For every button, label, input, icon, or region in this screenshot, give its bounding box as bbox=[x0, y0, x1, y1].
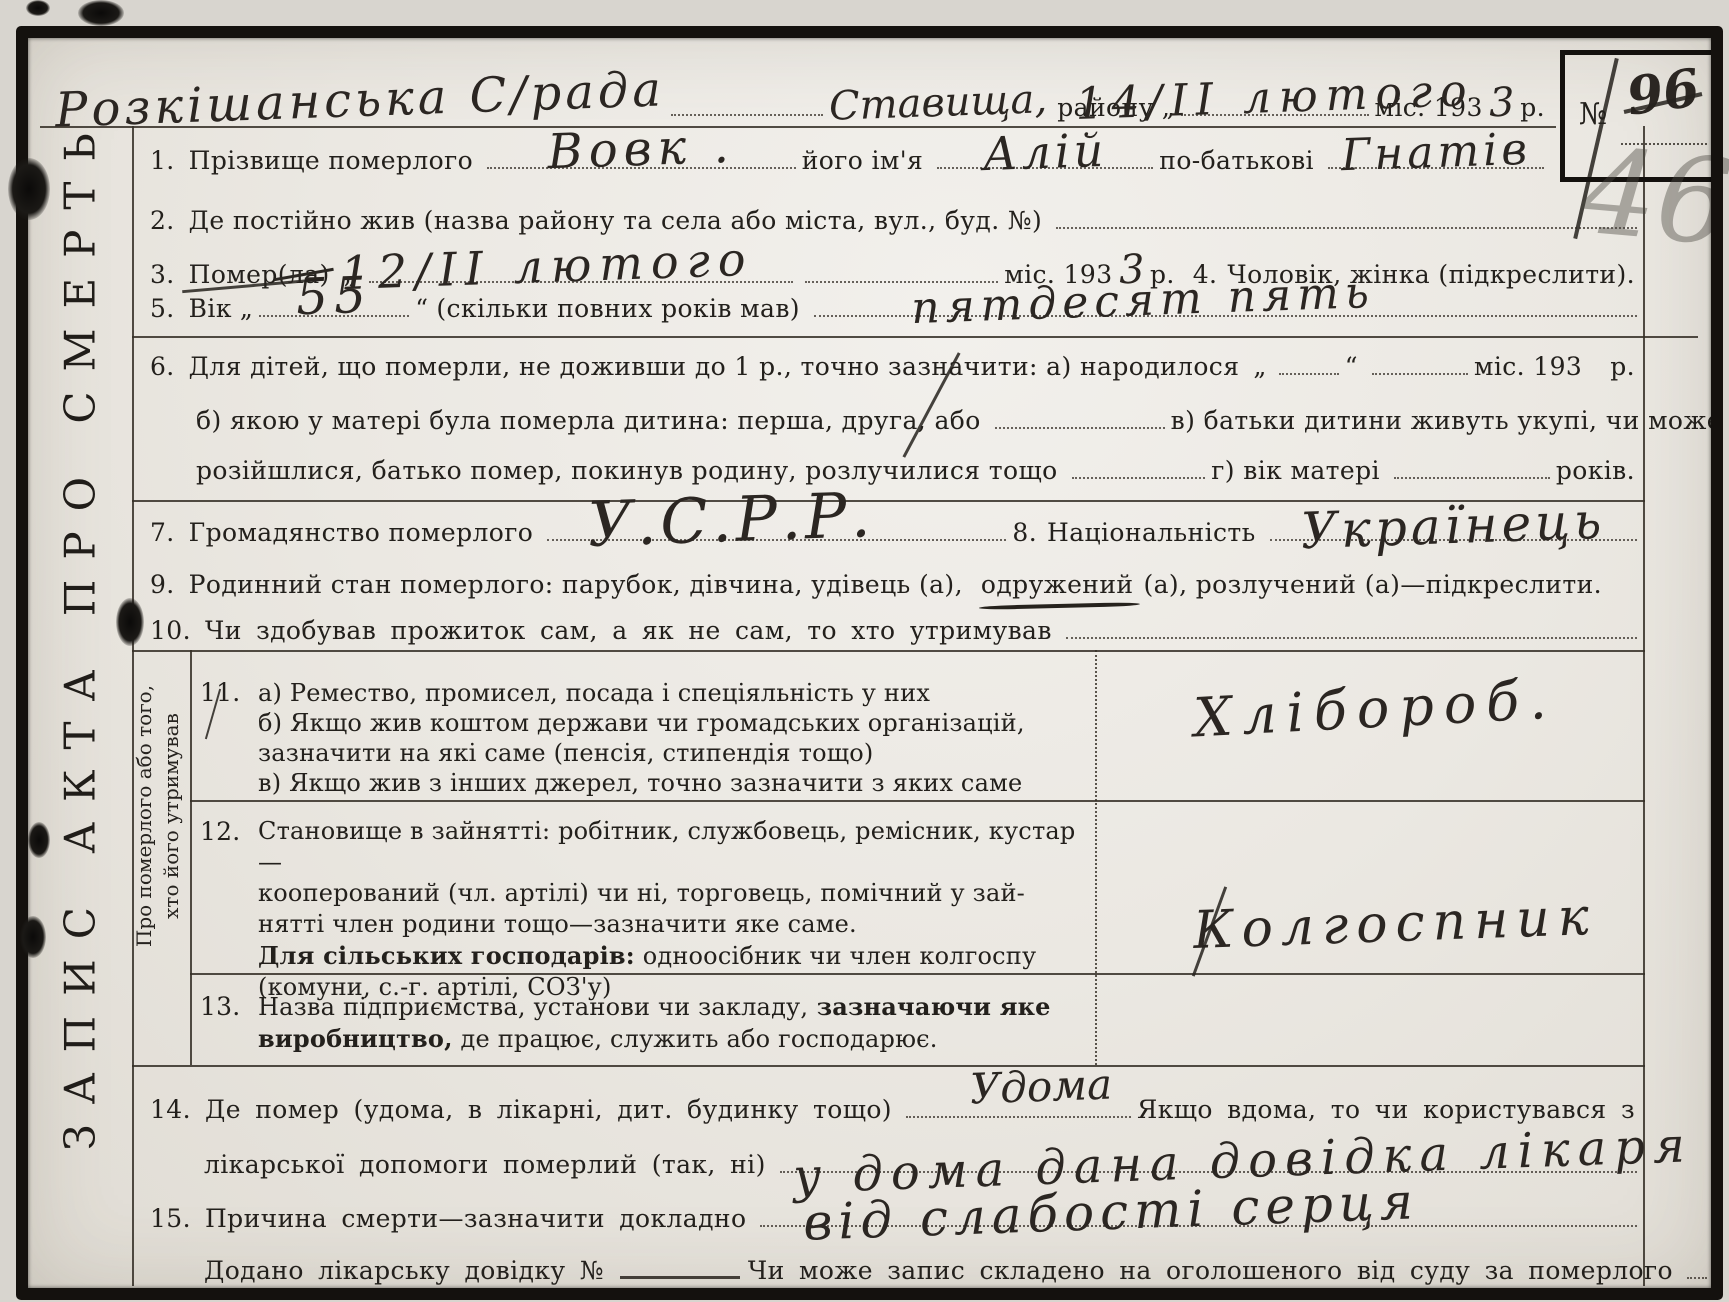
farmers-rest-label: одноосібник чи член колгоспу bbox=[635, 942, 1036, 970]
field-number: 11. bbox=[200, 678, 240, 708]
field-12-line1: Становище в зайнятті: робітник, службове… bbox=[258, 816, 1098, 878]
dotted-fill-line bbox=[1687, 1275, 1707, 1279]
field-number: 6. bbox=[150, 352, 175, 381]
parents-together-label: в) батьки дитини живуть укупі, чи може bbox=[1171, 406, 1722, 435]
field-11-line2: б) Якщо жив коштом держави чи громадськи… bbox=[258, 708, 1098, 738]
close-quote: “ bbox=[415, 294, 428, 323]
dotted-fill-line: 12/II лютого bbox=[369, 279, 793, 283]
dotted-fill-line: від слабості серця bbox=[760, 1223, 1637, 1227]
field-11-line4: в) Якщо жив з інших джерел, точно зазнач… bbox=[258, 768, 1098, 798]
field-1-row: 1. Прізвище померлого Вовк . його ім'я А… bbox=[150, 146, 1550, 175]
right-margin-line bbox=[1643, 126, 1645, 1286]
production-bold-label: виробництво, bbox=[258, 1024, 453, 1053]
birth-order-label: б) якою у матері була померла дитина: пе… bbox=[196, 406, 981, 435]
cause-of-death-label: Причина смерти—зазначити докладно bbox=[205, 1204, 746, 1233]
settlement-handwritten: Ставища, bbox=[829, 79, 1048, 127]
dotted-fill-line: Алій bbox=[937, 165, 1153, 169]
patronymic-label: по-батькові bbox=[1159, 146, 1314, 175]
field-number: 7. bbox=[150, 518, 175, 547]
table-row-divider bbox=[190, 800, 1645, 802]
field-7-8-row: 7. Громадянство померлого У.С.Р.Р. 8. На… bbox=[150, 518, 1643, 547]
dotted-fill-line: 55 bbox=[259, 313, 409, 317]
production-rest-label: де працює, служить або господарює. bbox=[453, 1025, 938, 1053]
ink-blot bbox=[78, 0, 124, 26]
dotted-fill-line bbox=[1372, 371, 1468, 375]
place-of-death-handwritten: Удома bbox=[969, 1064, 1113, 1111]
header-row: Розкішанська С/рада Ставища, району „ 14… bbox=[55, 76, 1553, 124]
field-number: 14. bbox=[150, 1095, 191, 1124]
rule-line bbox=[132, 336, 1698, 338]
if-at-home-label: Якщо вдома, то чи користувався з bbox=[1137, 1095, 1635, 1124]
age-label: Вік bbox=[189, 294, 232, 323]
year-suffix-label: р. bbox=[1610, 352, 1635, 381]
medical-certificate-label: Додано лікарську довідку № bbox=[204, 1256, 604, 1285]
year-digit-handwritten: 3 bbox=[1488, 83, 1515, 124]
month-label: міс. 193 bbox=[1474, 352, 1582, 381]
field-number: 13. bbox=[200, 991, 240, 1023]
given-name-label: його ім'я bbox=[802, 146, 924, 175]
field-number: 3. bbox=[150, 260, 175, 289]
field-14-line2: лікарської допомоги померлий (так, ні) у… bbox=[204, 1150, 1643, 1179]
field-11-line1: а) Ремество, промисел, посада і спеціяль… bbox=[258, 678, 1098, 708]
open-quote: „ bbox=[240, 294, 253, 323]
field-12-line3: нятті член родини тощо—зазначити яке сам… bbox=[258, 909, 1098, 940]
citizenship-label: Громадянство померлого bbox=[189, 518, 534, 547]
table-left-line bbox=[190, 650, 192, 1065]
field-14-line1: 14. Де помер (удома, в лікарні, дит. буд… bbox=[150, 1095, 1643, 1124]
given-name-handwritten: Алій bbox=[982, 127, 1108, 177]
field-number: 2. bbox=[150, 206, 175, 235]
dash-fill-line bbox=[620, 1274, 740, 1279]
dotted-fill-line: Українець bbox=[1270, 537, 1637, 541]
dotted-fill-line bbox=[1394, 475, 1550, 479]
age-words-handwritten: пятдесят пять bbox=[911, 271, 1376, 331]
dotted-fill-line bbox=[671, 112, 823, 116]
dotted-fill-line: Удома bbox=[906, 1114, 1131, 1118]
field-13-question: 13. Назва підприємства, установи чи закл… bbox=[258, 991, 1098, 1055]
field-16-row: Додано лікарську довідку № Чи може запис… bbox=[204, 1256, 1643, 1285]
death-date-handwritten: 12/II лютого bbox=[340, 236, 754, 296]
nationality-handwritten: Українець bbox=[1300, 496, 1606, 557]
field-13-line2: виробництво, де працює, служить або госп… bbox=[258, 1023, 1098, 1055]
table-bottom-line bbox=[132, 1065, 1645, 1067]
mother-age-label: г) вік матері bbox=[1211, 456, 1380, 485]
farmers-lead-label: Для сільських господарів: bbox=[258, 941, 635, 970]
enterprise-bold-label: зазначаючи яке bbox=[808, 992, 1050, 1021]
dotted-fill-line bbox=[995, 425, 1165, 429]
field-number: 12. bbox=[200, 816, 240, 847]
side-title: ЗАПИС АКТА ПРО СМЕРТЬ bbox=[56, 251, 105, 1151]
enterprise-label: Назва підприємства, установи чи закладу, bbox=[258, 993, 808, 1021]
years-label: років. bbox=[1556, 456, 1635, 485]
field-6-line3: розійшлися, батько помер, покинув родину… bbox=[196, 456, 1643, 485]
surname-label: Прізвище померлого bbox=[189, 146, 473, 175]
field-12-question: 12. Становище в зайнятті: робітник, служ… bbox=[258, 816, 1098, 1003]
citizenship-handwritten: У.С.Р.Р. bbox=[587, 484, 876, 556]
medical-help-label: лікарської допомоги померлий (так, ні) bbox=[204, 1150, 766, 1179]
dotted-fill-line: Гнатів bbox=[1328, 165, 1544, 169]
close-quote: “ bbox=[1345, 352, 1358, 381]
patronymic-handwritten: Гнатів bbox=[1340, 128, 1531, 179]
field-6-line1: 6. Для дітей, що померли, не доживши до … bbox=[150, 352, 1643, 381]
scanned-death-record-document: ЗАПИС АКТА ПРО СМЕРТЬ Розкішанська С/рад… bbox=[0, 0, 1729, 1302]
sidebar-note-line1: Про померлого або того, bbox=[131, 606, 158, 1026]
dotted-fill-line bbox=[1066, 635, 1637, 639]
surname-handwritten: Вовк . bbox=[547, 122, 736, 177]
field-2-row: 2. Де постійно жив (назва району та села… bbox=[150, 206, 1643, 235]
parents-separated-label: розійшлися, батько помер, покинув родину… bbox=[196, 456, 1058, 485]
field-11-question: 11. а) Ремество, промисел, посада і спец… bbox=[258, 678, 1098, 798]
ink-blot bbox=[26, 0, 50, 16]
field-5-row: 5. Вік „ 55 “ (скільки повних років мав)… bbox=[150, 294, 1643, 323]
place-of-death-label: Де помер (удома, в лікарні, дит. будинку… bbox=[205, 1095, 892, 1124]
age-note-label: (скільки повних років мав) bbox=[436, 294, 800, 323]
marital-status-underlined-married: одружений bbox=[981, 570, 1134, 599]
court-declaration-label: Чи може запис складено на оголошеного ві… bbox=[748, 1256, 1673, 1285]
breadwinner-label: Чи здобував прожиток сам, а як не сам, т… bbox=[205, 616, 1052, 645]
dotted-fill-line bbox=[1279, 371, 1339, 375]
residence-label: Де постійно жив (назва району та села аб… bbox=[189, 206, 1042, 235]
dotted-fill-line: 14/II лютого bbox=[1181, 112, 1368, 116]
field-3-row: 3. Помер (ла) „ 12/II лютого міс. 193 3 … bbox=[150, 250, 1643, 290]
ink-blot bbox=[28, 822, 50, 858]
field-number: 5. bbox=[150, 294, 175, 323]
field-number: 9. bbox=[150, 570, 175, 599]
open-quote: „ bbox=[1253, 352, 1266, 381]
year-suffix-label: р. bbox=[1520, 93, 1545, 122]
nationality-label: Національність bbox=[1047, 518, 1256, 547]
dotted-fill-line: у дома дана довідка лікаря bbox=[780, 1169, 1637, 1173]
infant-death-label: Для дітей, що померли, не доживши до 1 р… bbox=[189, 352, 1240, 381]
field-number: 1. bbox=[150, 146, 175, 175]
dotted-fill-line: пятдесят пять bbox=[814, 313, 1637, 317]
field-number: 8. bbox=[1012, 518, 1037, 547]
ink-blot bbox=[20, 916, 46, 958]
marital-status-label-rest: (а), розлучений (а)—підкреслити. bbox=[1143, 570, 1602, 599]
record-number-ink-handwritten: 96 bbox=[1624, 62, 1703, 124]
sidebar-note-about-deceased: Про померлого або того, хто його утримув… bbox=[131, 606, 187, 1026]
field-10-row: 10. Чи здобував прожиток сам, а як не са… bbox=[150, 616, 1643, 645]
field-11-line3: зазначити на які саме (пенсія, стипендія… bbox=[258, 738, 1098, 768]
field-13-line1: Назва підприємства, установи чи закладу,… bbox=[258, 991, 1098, 1023]
table-top-line bbox=[132, 650, 1645, 652]
age-number-handwritten: 55 bbox=[296, 270, 373, 323]
record-number-pencil-handwritten: 46 bbox=[1576, 122, 1729, 273]
field-15-row: 15. Причина смерти—зазначити докладно ві… bbox=[150, 1204, 1643, 1233]
dotted-fill-line: Вовк . bbox=[487, 165, 796, 169]
marital-status-label: Родинний стан померлого: парубок, дівчин… bbox=[189, 570, 963, 599]
dotted-fill-line: У.С.Р.Р. bbox=[547, 537, 1006, 541]
dotted-fill-line bbox=[1072, 475, 1206, 479]
field-12-line2: кооперований (чл. артілі) чи ні, торгове… bbox=[258, 878, 1098, 909]
sidebar-note-line2: хто його утримував bbox=[158, 606, 185, 1026]
field-9-row: 9. Родинний стан померлого: парубок, дів… bbox=[150, 570, 1643, 599]
ink-blot bbox=[8, 158, 50, 220]
field-12-line4: Для сільських господарів: одноосібник чи… bbox=[258, 940, 1098, 972]
dotted-fill-line bbox=[1056, 225, 1637, 229]
field-number: 15. bbox=[150, 1204, 191, 1233]
ink-blot bbox=[116, 598, 144, 646]
